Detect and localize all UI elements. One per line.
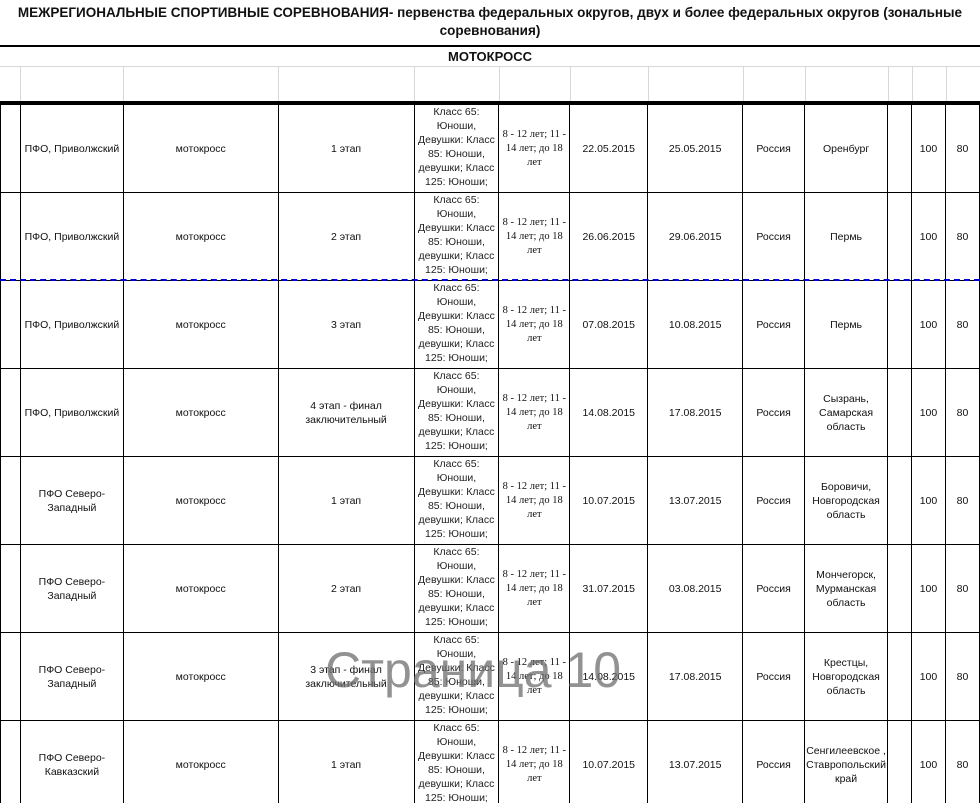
stage-cell[interactable]: 1 этап — [278, 721, 414, 803]
empty-cell[interactable] — [888, 281, 912, 369]
table-row: ПФО Северо-Кавказскиймотокросс1 этапКлас… — [1, 721, 980, 803]
classes-cell[interactable]: Класс 65: Юноши, Девушки: Класс 85: Юнош… — [414, 457, 499, 545]
ages-cell[interactable]: 8 - 12 лет; 11 - 14 лет; до 18 лет — [499, 281, 570, 369]
participants-cell[interactable]: 100 — [911, 721, 945, 803]
place-cell[interactable]: Мончегорск, Мурманская область — [805, 545, 888, 633]
header-column-divider — [123, 66, 124, 102]
ages-cell[interactable]: 8 - 12 лет; 11 - 14 лет; до 18 лет — [499, 633, 570, 721]
count-cell[interactable]: 80 — [945, 369, 979, 457]
document-title: МЕЖРЕГИОНАЛЬНЫЕ СПОРТИВНЫЕ СОРЕВНОВАНИЯ-… — [0, 4, 980, 40]
place-cell[interactable]: Пермь — [805, 281, 888, 369]
participants-cell[interactable]: 100 — [911, 193, 945, 281]
header-gridline — [0, 66, 980, 67]
classes-text: Класс 65: Юноши, Девушки: Класс 85: Юнош… — [415, 545, 499, 632]
table-row: ПФО, Приволжскиймотокросс2 этапКласс 65:… — [1, 193, 980, 281]
stage-cell[interactable]: 1 этап — [278, 457, 414, 545]
header-column-divider — [805, 66, 806, 102]
header-column-divider — [278, 66, 279, 102]
ages-cell[interactable]: 8 - 12 лет; 11 - 14 лет; до 18 лет — [499, 369, 570, 457]
end-date-cell[interactable]: 29.06.2015 — [648, 193, 743, 281]
end-date-cell[interactable]: 03.08.2015 — [648, 545, 743, 633]
count-cell[interactable]: 80 — [945, 105, 979, 193]
start-date-cell[interactable]: 10.07.2015 — [570, 721, 648, 803]
table-row: ПФО, Приволжскиймотокросс3 этапКласс 65:… — [1, 281, 980, 369]
discipline-cell[interactable]: мотокросс — [123, 369, 278, 457]
start-date-cell[interactable]: 31.07.2015 — [570, 545, 648, 633]
place-cell[interactable]: Сызрань, Самарская область — [805, 369, 888, 457]
blank-cell[interactable] — [1, 105, 21, 193]
stage-cell[interactable]: 3 этап — [278, 281, 414, 369]
empty-cell[interactable] — [888, 105, 912, 193]
start-date-cell[interactable]: 14.08.2015 — [570, 633, 648, 721]
blank-cell[interactable] — [1, 193, 21, 281]
place-cell[interactable]: Крестцы, Новгородская область — [805, 633, 888, 721]
participants-cell[interactable]: 100 — [911, 457, 945, 545]
header-column-divider — [743, 66, 744, 102]
country-cell[interactable]: Россия — [743, 105, 805, 193]
stage-cell[interactable]: 1 этап — [278, 105, 414, 193]
blank-cell[interactable] — [1, 281, 21, 369]
start-date-cell[interactable]: 10.07.2015 — [570, 457, 648, 545]
empty-cell[interactable] — [888, 369, 912, 457]
table-row: ПФО Северо-Западныймотокросс2 этапКласс … — [1, 545, 980, 633]
start-date-cell[interactable]: 07.08.2015 — [570, 281, 648, 369]
title-rule — [0, 45, 980, 47]
discipline-cell[interactable]: мотокросс — [123, 105, 278, 193]
start-date-cell[interactable]: 22.05.2015 — [570, 105, 648, 193]
place-cell[interactable]: Оренбург — [805, 105, 888, 193]
header-column-divider — [499, 66, 500, 102]
district-cell[interactable]: ПФО, Приволжский — [20, 193, 123, 281]
end-date-cell[interactable]: 10.08.2015 — [648, 281, 743, 369]
country-cell[interactable]: Россия — [743, 721, 805, 803]
count-cell[interactable]: 80 — [945, 281, 979, 369]
district-cell[interactable]: ПФО Северо-Кавказский — [20, 721, 123, 803]
section-heading: МОТОКРОСС — [0, 48, 980, 66]
table-row: ПФО Северо-Западныймотокросс1 этапКласс … — [1, 457, 980, 545]
classes-cell[interactable]: Класс 65: Юноши, Девушки: Класс 85: Юнош… — [414, 105, 499, 193]
blank-cell[interactable] — [1, 369, 21, 457]
table-row: ПФО, Приволжскиймотокросс4 этап - финал … — [1, 369, 980, 457]
end-date-cell[interactable]: 17.08.2015 — [648, 369, 743, 457]
district-cell[interactable]: ПФО, Приволжский — [20, 105, 123, 193]
header-column-divider — [570, 66, 571, 102]
ages-cell[interactable]: 8 - 12 лет; 11 - 14 лет; до 18 лет — [499, 721, 570, 803]
empty-cell[interactable] — [888, 545, 912, 633]
ages-cell[interactable]: 8 - 12 лет; 11 - 14 лет; до 18 лет — [499, 545, 570, 633]
district-cell[interactable]: ПФО, Приволжский — [20, 369, 123, 457]
count-cell[interactable]: 80 — [945, 193, 979, 281]
header-column-divider — [912, 66, 913, 102]
blank-cell[interactable] — [1, 457, 21, 545]
start-date-cell[interactable]: 26.06.2015 — [570, 193, 648, 281]
header-column-divider — [414, 66, 415, 102]
participants-cell[interactable]: 100 — [911, 105, 945, 193]
classes-text: Класс 65: Юноши, Девушки: Класс 85: Юнош… — [415, 281, 499, 368]
end-date-cell[interactable]: 17.08.2015 — [648, 633, 743, 721]
empty-cell[interactable] — [888, 193, 912, 281]
district-cell[interactable]: ПФО, Приволжский — [20, 281, 123, 369]
classes-cell[interactable]: Класс 65: Юноши, Девушки: Класс 85: Юнош… — [414, 545, 499, 633]
stage-cell[interactable]: 2 этап — [278, 545, 414, 633]
count-cell[interactable]: 80 — [945, 721, 979, 803]
ages-cell[interactable]: 8 - 12 лет; 11 - 14 лет; до 18 лет — [499, 105, 570, 193]
table-row: ПФО, Приволжскиймотокросс1 этапКласс 65:… — [1, 105, 980, 193]
stage-cell[interactable]: 4 этап - финал заключительный — [278, 369, 414, 457]
count-cell[interactable]: 80 — [945, 545, 979, 633]
discipline-cell[interactable]: мотокросс — [123, 545, 278, 633]
empty-cell[interactable] — [888, 721, 912, 803]
participants-cell[interactable]: 100 — [911, 369, 945, 457]
classes-cell[interactable]: Класс 65: Юноши, Девушки: Класс 85: Юнош… — [414, 193, 499, 281]
end-date-cell[interactable]: 13.07.2015 — [648, 721, 743, 803]
classes-text: Класс 65: Юноши, Девушки: Класс 85: Юнош… — [415, 633, 499, 720]
discipline-cell[interactable]: мотокросс — [123, 193, 278, 281]
participants-cell[interactable]: 100 — [911, 545, 945, 633]
header-column-divider — [888, 66, 889, 102]
discipline-cell[interactable]: мотокросс — [123, 457, 278, 545]
empty-cell[interactable] — [888, 633, 912, 721]
start-date-cell[interactable]: 14.08.2015 — [570, 369, 648, 457]
district-cell[interactable]: ПФО Северо-Западный — [20, 545, 123, 633]
classes-text: Класс 65: Юноши, Девушки: Класс 85: Юнош… — [415, 193, 499, 280]
stage-cell[interactable]: 3 этап - финал заключительный — [278, 633, 414, 721]
stage-cell[interactable]: 2 этап — [278, 193, 414, 281]
classes-text: Класс 65: Юноши, Девушки: Класс 85: Юнош… — [415, 457, 499, 544]
classes-text: Класс 65: Юноши, Девушки: Класс 85: Юнош… — [415, 721, 499, 803]
discipline-cell[interactable]: мотокросс — [123, 721, 278, 803]
place-cell[interactable]: Боровичи, Новгородская область — [805, 457, 888, 545]
table-row: ПФО Северо-Западныймотокросс3 этап - фин… — [1, 633, 980, 721]
count-cell[interactable]: 80 — [945, 457, 979, 545]
place-cell[interactable]: Пермь — [805, 193, 888, 281]
discipline-cell[interactable]: мотокросс — [123, 281, 278, 369]
classes-cell[interactable]: Класс 65: Юноши, Девушки: Класс 85: Юнош… — [414, 633, 499, 721]
header-column-divider — [648, 66, 649, 102]
country-cell[interactable]: Россия — [743, 457, 805, 545]
classes-cell[interactable]: Класс 65: Юноши, Девушки: Класс 85: Юнош… — [414, 281, 499, 369]
country-cell[interactable]: Россия — [743, 633, 805, 721]
blank-cell[interactable] — [1, 633, 21, 721]
blank-cell[interactable] — [1, 721, 21, 803]
country-cell[interactable]: Россия — [743, 193, 805, 281]
participants-cell[interactable]: 100 — [911, 281, 945, 369]
place-cell[interactable]: Сенгилеевское , Ставропольский край — [805, 721, 888, 803]
discipline-cell[interactable]: мотокросс — [123, 633, 278, 721]
competition-table: ПФО, Приволжскиймотокросс1 этапКласс 65:… — [0, 104, 980, 803]
classes-cell[interactable]: Класс 65: Юноши, Девушки: Класс 85: Юнош… — [414, 369, 499, 457]
classes-text: Класс 65: Юноши, Девушки: Класс 85: Юнош… — [415, 369, 499, 456]
country-cell[interactable]: Россия — [743, 281, 805, 369]
ages-cell[interactable]: 8 - 12 лет; 11 - 14 лет; до 18 лет — [499, 193, 570, 281]
classes-cell[interactable]: Класс 65: Юноши, Девушки: Класс 85: Юнош… — [414, 721, 499, 803]
country-cell[interactable]: Россия — [743, 369, 805, 457]
country-cell[interactable]: Россия — [743, 545, 805, 633]
empty-cell[interactable] — [888, 457, 912, 545]
participants-cell[interactable]: 100 — [911, 633, 945, 721]
end-date-cell[interactable]: 25.05.2015 — [648, 105, 743, 193]
district-cell[interactable]: ПФО Северо-Западный — [20, 457, 123, 545]
count-cell[interactable]: 80 — [945, 633, 979, 721]
page-break-line — [0, 279, 980, 281]
ages-cell[interactable]: 8 - 12 лет; 11 - 14 лет; до 18 лет — [499, 457, 570, 545]
blank-cell[interactable] — [1, 545, 21, 633]
end-date-cell[interactable]: 13.07.2015 — [648, 457, 743, 545]
header-column-divider — [20, 66, 21, 102]
district-cell[interactable]: ПФО Северо-Западный — [20, 633, 123, 721]
header-column-divider — [946, 66, 947, 102]
classes-text: Класс 65: Юноши, Девушки: Класс 85: Юнош… — [415, 105, 499, 192]
